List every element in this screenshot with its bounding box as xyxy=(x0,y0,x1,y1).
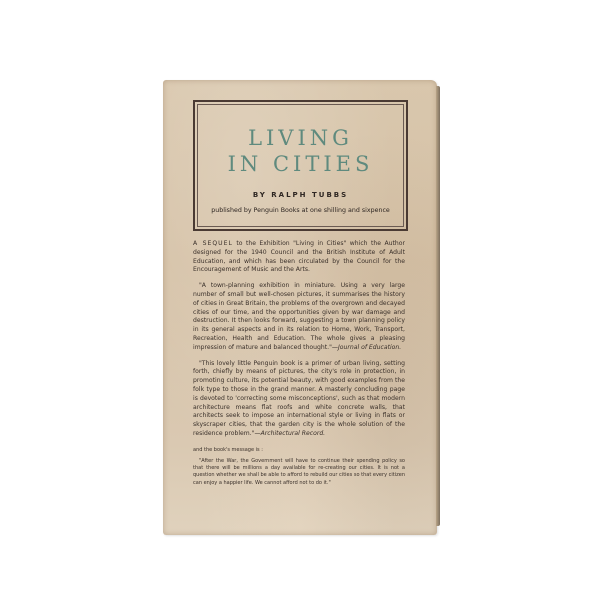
publisher-line: published by Penguin Books at one shilli… xyxy=(198,207,403,214)
book-back-cover: LIVING IN CITIES BY RALPH TUBBS publishe… xyxy=(163,80,437,535)
review-2-source: —Architectural Record. xyxy=(254,430,325,437)
intro-paragraph: A SEQUEL to the Exhibition "Living in Ci… xyxy=(193,240,405,275)
author-byline: BY RALPH TUBBS xyxy=(198,191,403,199)
message-quote: "After the War, the Government will have… xyxy=(193,458,405,487)
blurb-text: A SEQUEL to the Exhibition "Living in Ci… xyxy=(193,240,405,487)
review-1-source: —Journal of Education. xyxy=(332,344,401,351)
review-1-text: "A town-planning exhibition in miniature… xyxy=(193,282,405,351)
photo-background: LIVING IN CITIES BY RALPH TUBBS publishe… xyxy=(0,0,595,595)
review-2-text: "This lovely little Penguin book is a pr… xyxy=(193,360,405,437)
book-title-line-1: LIVING xyxy=(198,105,403,151)
intro-lead: A SEQUEL xyxy=(193,240,233,247)
review-paragraph-1: "A town-planning exhibition in miniature… xyxy=(193,282,405,352)
message-intro: and the book's message is : xyxy=(193,447,405,454)
review-paragraph-2: "This lovely little Penguin book is a pr… xyxy=(193,360,405,439)
title-frame: LIVING IN CITIES BY RALPH TUBBS publishe… xyxy=(193,100,408,231)
title-frame-inner: LIVING IN CITIES BY RALPH TUBBS publishe… xyxy=(197,104,404,227)
book-title-line-2: IN CITIES xyxy=(198,151,403,177)
